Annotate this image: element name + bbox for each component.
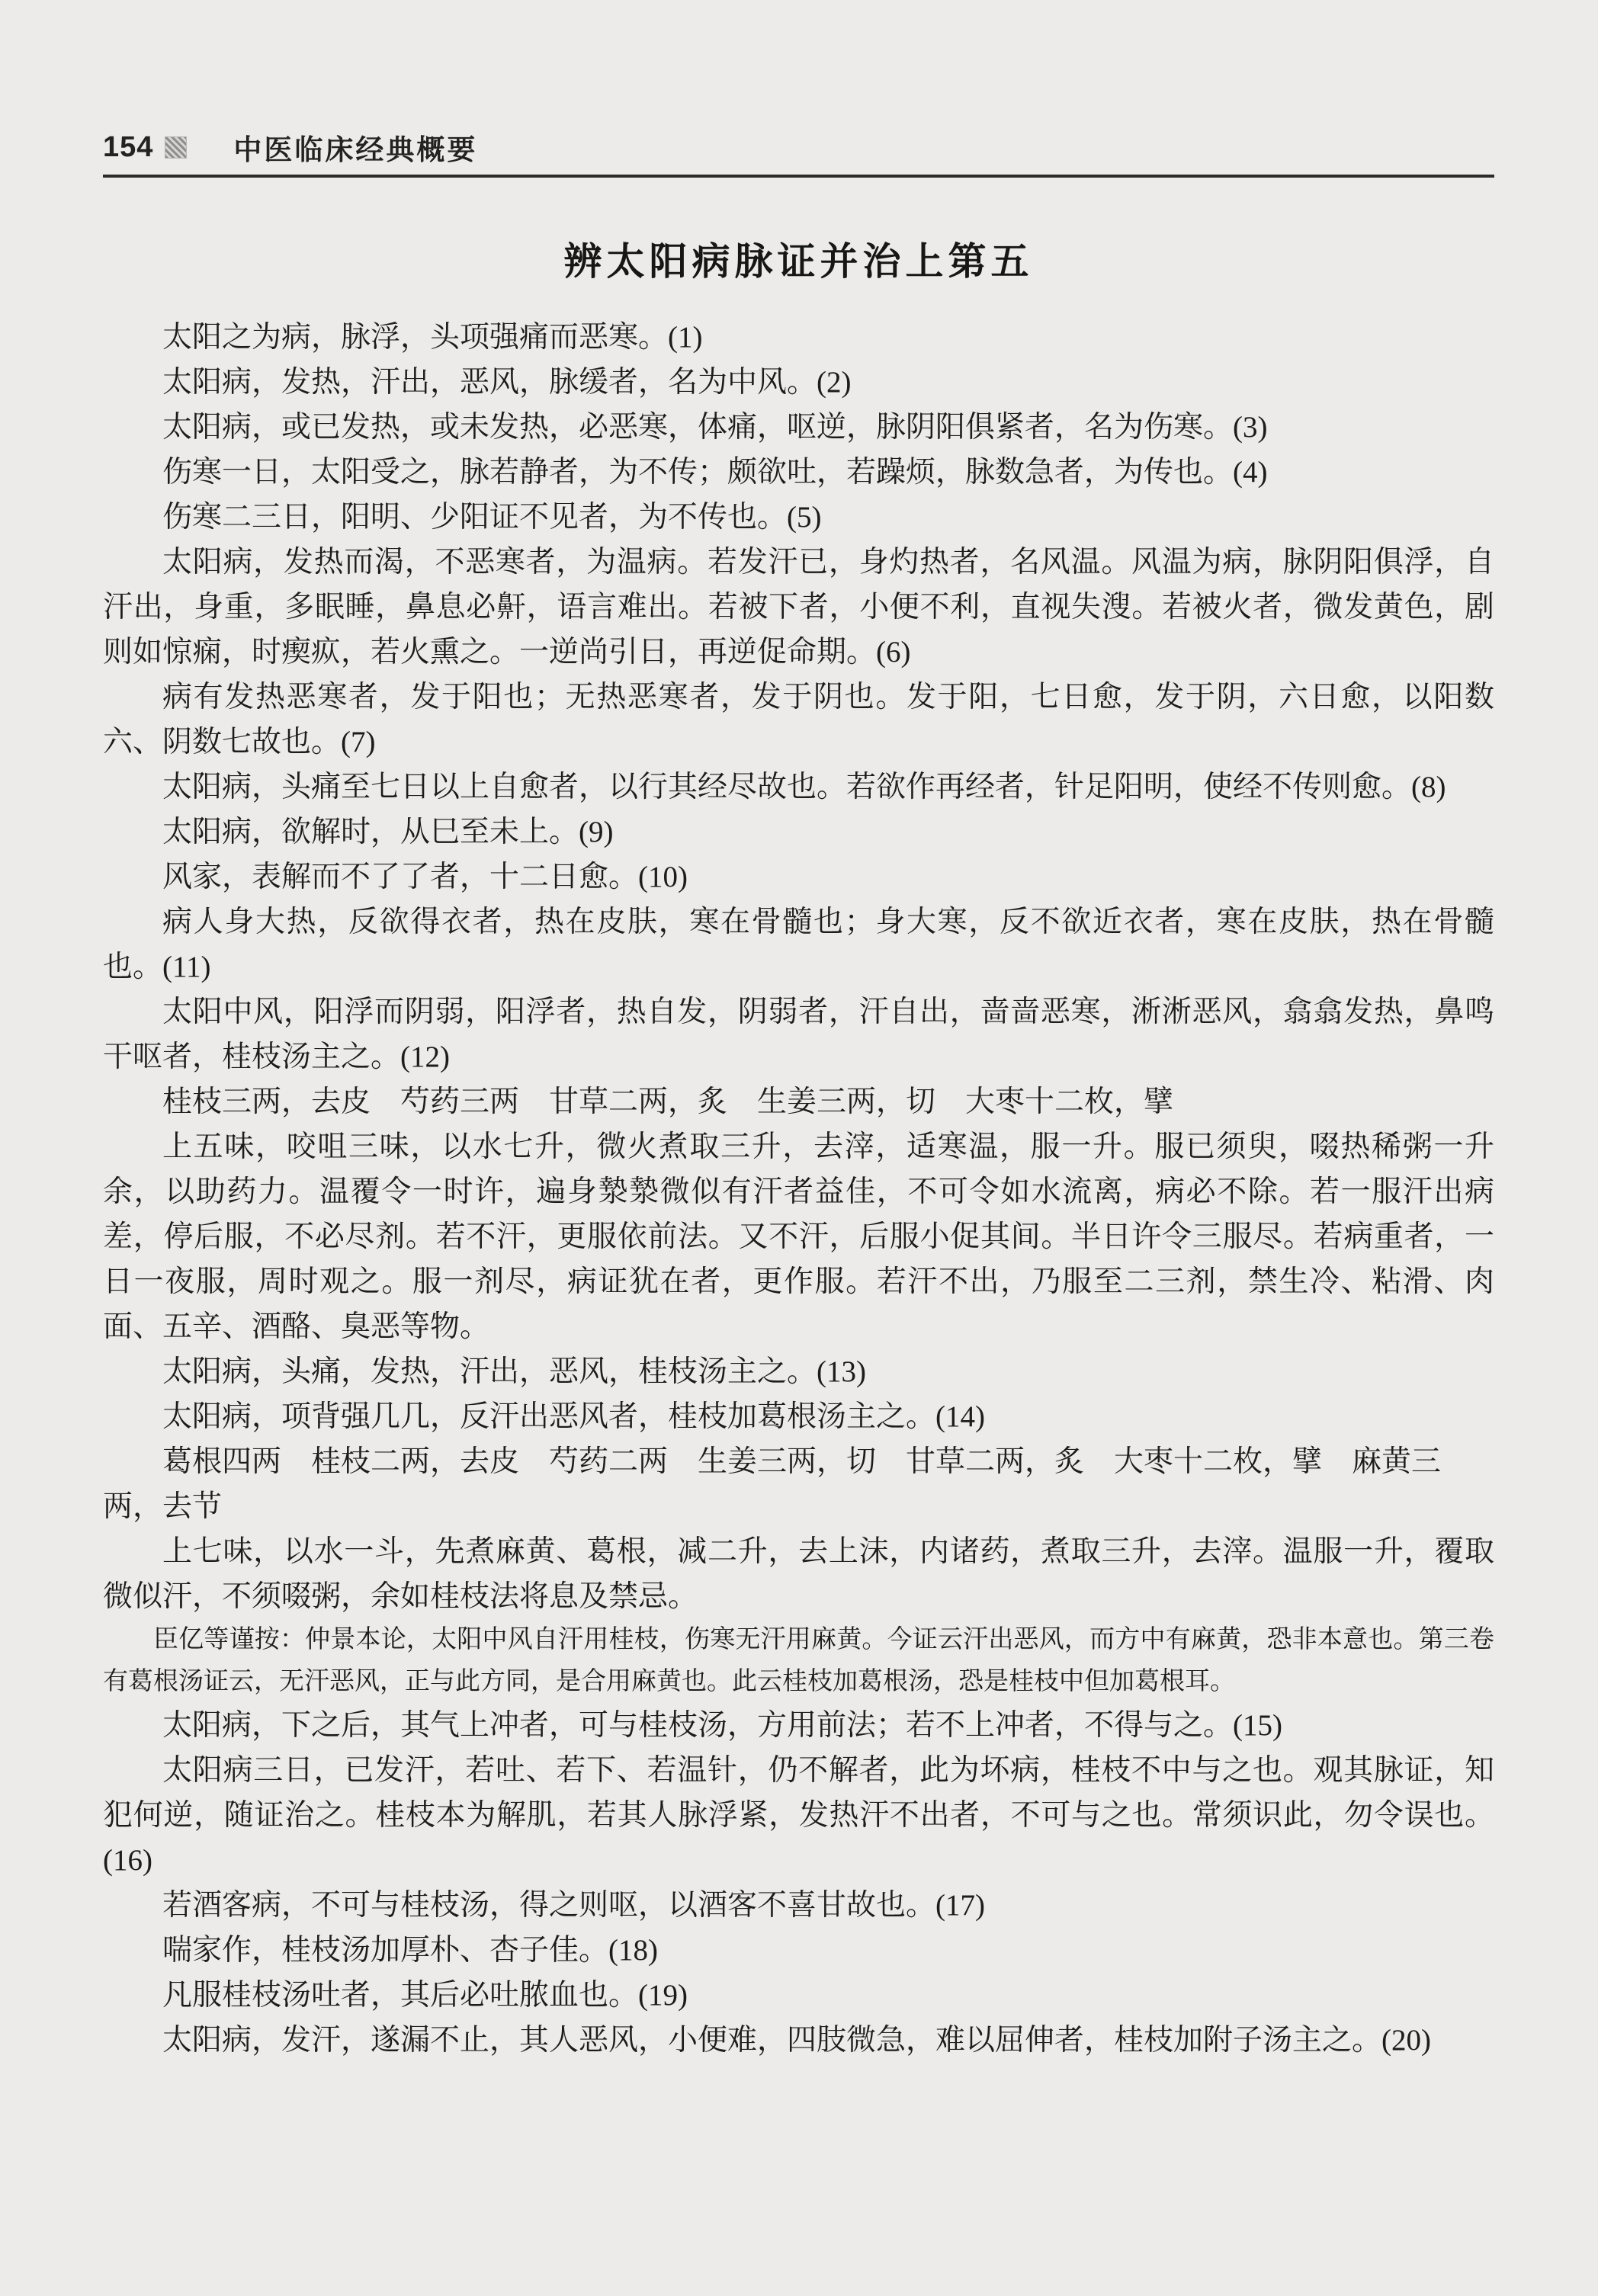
clause-paragraph-10: 风家，表解而不了了者，十二日愈。(10)	[103, 855, 1494, 899]
clause-paragraph-3: 太阳病，或已发热，或未发热，必恶寒，体痛，呕逆，脉阴阳俱紧者，名为伤寒。(3)	[103, 405, 1494, 450]
header-rule	[103, 175, 1494, 178]
clause-paragraph-6: 太阳病，发热而渴，不恶寒者，为温病。若发汗已，身灼热者，名风温。风温为病，脉阴阳…	[103, 540, 1494, 675]
page-number: 154	[103, 131, 153, 164]
guizhi-decoction-recipe: 桂枝三两，去皮 芍药三两 甘草二两，炙 生姜三两，切 大枣十二枚，擘	[103, 1079, 1494, 1124]
clause-paragraph-9: 太阳病，欲解时，从巳至未上。(9)	[103, 810, 1494, 855]
clause-paragraph-12: 太阳中风，阳浮而阴弱，阳浮者，热自发，阴弱者，汗自出，啬啬恶寒，淅淅恶风，翕翕发…	[103, 989, 1494, 1079]
clause-paragraph-19: 凡服桂枝汤吐者，其后必吐脓血也。(19)	[103, 1973, 1494, 2018]
chapter-title: 辨太阳病脉证并治上第五	[103, 242, 1494, 281]
clause-paragraph-13: 太阳病，头痛，发热，汗出，恶风，桂枝汤主之。(13)	[103, 1349, 1494, 1394]
guizhi-preparation-method: 上五味，咬咀三味，以水七升，微火煮取三升，去滓，适寒温，服一升。服已须臾，啜热稀…	[103, 1124, 1494, 1349]
gegen-preparation-method: 上七味，以水一斗，先煮麻黄、葛根，减二升，去上沫，内诸药，煮取三升，去滓。温服一…	[103, 1529, 1494, 1619]
clause-paragraph-15: 太阳病，下之后，其气上冲者，可与桂枝汤，方用前法；若不上冲者，不得与之。(15)	[103, 1703, 1494, 1748]
section-marker-icon	[165, 137, 186, 158]
page-header: 154 中医临床经典概要	[103, 130, 1494, 165]
clause-paragraph-16: 太阳病三日，已发汗，若吐、若下、若温针，仍不解者，此为坏病，桂枝不中与之也。观其…	[103, 1748, 1494, 1883]
clause-paragraph-4: 伤寒一日，太阳受之，脉若静者，为不传；颇欲吐，若躁烦，脉数急者，为传也。(4)	[103, 450, 1494, 495]
clause-paragraph-17: 若酒客病，不可与桂枝汤，得之则呕，以酒客不喜甘故也。(17)	[103, 1883, 1494, 1928]
clause-paragraph-7: 病有发热恶寒者，发于阳也；无热恶寒者，发于阴也。发于阳，七日愈，发于阴，六日愈，…	[103, 675, 1494, 765]
clause-paragraph-11: 病人身大热，反欲得衣者，热在皮肤，寒在骨髓也；身大寒，反不欲近衣者，寒在皮肤，热…	[103, 899, 1494, 989]
text-body: 太阳之为病，脉浮，头项强痛而恶寒。(1) 太阳病，发热，汗出，恶风，脉缓者，名为…	[103, 315, 1494, 2063]
clause-paragraph-14: 太阳病，项背强几几，反汗出恶风者，桂枝加葛根汤主之。(14)	[103, 1394, 1494, 1439]
clause-paragraph-18: 喘家作，桂枝汤加厚朴、杏子佳。(18)	[103, 1928, 1494, 1973]
clause-paragraph-1: 太阳之为病，脉浮，头项强痛而恶寒。(1)	[103, 315, 1494, 360]
gegen-decoction-recipe: 葛根四两 桂枝二两，去皮 芍药二两 生姜三两，切 甘草二两，炙 大枣十二枚，擘 …	[103, 1439, 1494, 1529]
book-page: 154 中医临床经典概要 辨太阳病脉证并治上第五 太阳之为病，脉浮，头项强痛而恶…	[0, 0, 1598, 2296]
clause-paragraph-20: 太阳病，发汗，遂漏不止，其人恶风，小便难，四肢微急，难以屈伸者，桂枝加附子汤主之…	[103, 2018, 1494, 2063]
clause-paragraph-5: 伤寒二三日，阳明、少阳证不见者，为不传也。(5)	[103, 495, 1494, 540]
editors-annotation: 臣亿等谨按：仲景本论，太阳中风自汗用桂枝，伤寒无汗用麻黄。今证云汗出恶风，而方中…	[103, 1619, 1494, 1703]
clause-paragraph-2: 太阳病，发热，汗出，恶风，脉缓者，名为中风。(2)	[103, 360, 1494, 405]
clause-paragraph-8: 太阳病，头痛至七日以上自愈者，以行其经尽故也。若欲作再经者，针足阳明，使经不传则…	[103, 765, 1494, 810]
book-title: 中医临床经典概要	[233, 127, 477, 168]
